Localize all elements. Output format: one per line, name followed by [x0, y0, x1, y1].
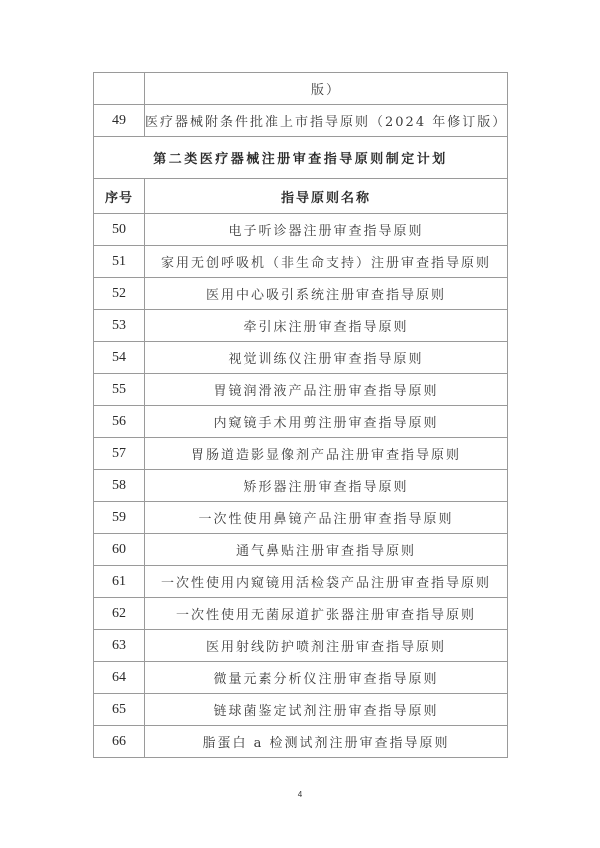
table-row: 50 电子听诊器注册审查指导原则 [94, 214, 508, 246]
row-number: 51 [94, 246, 145, 278]
table-header-row: 序号 指导原则名称 [94, 179, 508, 214]
table-row: 59 一次性使用鼻镜产品注册审查指导原则 [94, 502, 508, 534]
row-name: 脂蛋白 a 检测试剂注册审查指导原则 [145, 726, 508, 758]
row-name: 一次性使用鼻镜产品注册审查指导原则 [145, 502, 508, 534]
row-number: 52 [94, 278, 145, 310]
table-row: 58 矫形器注册审查指导原则 [94, 470, 508, 502]
row-name: 医疗器械附条件批准上市指导原则（2024 年修订版） [145, 105, 508, 137]
column-header-number: 序号 [94, 179, 145, 214]
row-number: 65 [94, 694, 145, 726]
row-name: 医用射线防护喷剂注册审查指导原则 [145, 630, 508, 662]
row-name: 一次性使用无菌尿道扩张器注册审查指导原则 [145, 598, 508, 630]
row-number: 64 [94, 662, 145, 694]
row-name: 内窥镜手术用剪注册审查指导原则 [145, 406, 508, 438]
table-row: 57 胃肠道造影显像剂产品注册审查指导原则 [94, 438, 508, 470]
table-row: 49 医疗器械附条件批准上市指导原则（2024 年修订版） [94, 105, 508, 137]
row-number: 66 [94, 726, 145, 758]
row-number: 63 [94, 630, 145, 662]
page-number: 4 [0, 790, 600, 799]
table-row: 52 医用中心吸引系统注册审查指导原则 [94, 278, 508, 310]
table-row: 63 医用射线防护喷剂注册审查指导原则 [94, 630, 508, 662]
row-name: 胃肠道造影显像剂产品注册审查指导原则 [145, 438, 508, 470]
table-row: 53 牵引床注册审查指导原则 [94, 310, 508, 342]
table-row: 66 脂蛋白 a 检测试剂注册审查指导原则 [94, 726, 508, 758]
table-row: 51 家用无创呼吸机（非生命支持）注册审查指导原则 [94, 246, 508, 278]
row-number: 55 [94, 374, 145, 406]
table-row: 65 链球菌鉴定试剂注册审查指导原则 [94, 694, 508, 726]
row-number: 62 [94, 598, 145, 630]
column-header-name: 指导原则名称 [145, 179, 508, 214]
row-number [94, 73, 145, 105]
row-number: 49 [94, 105, 145, 137]
table-row: 64 微量元素分析仪注册审查指导原则 [94, 662, 508, 694]
row-number: 61 [94, 566, 145, 598]
row-name: 电子听诊器注册审查指导原则 [145, 214, 508, 246]
row-name: 一次性使用内窥镜用活检袋产品注册审查指导原则 [145, 566, 508, 598]
table-row: 54 视觉训练仪注册审查指导原则 [94, 342, 508, 374]
table-row-continuation: 版） [94, 73, 508, 105]
row-name: 微量元素分析仪注册审查指导原则 [145, 662, 508, 694]
row-number: 54 [94, 342, 145, 374]
row-name: 胃镜润滑液产品注册审查指导原则 [145, 374, 508, 406]
row-number: 57 [94, 438, 145, 470]
guideline-table: 版） 49 医疗器械附条件批准上市指导原则（2024 年修订版） 第二类医疗器械… [93, 72, 508, 758]
section-title: 第二类医疗器械注册审查指导原则制定计划 [94, 137, 508, 179]
row-number: 50 [94, 214, 145, 246]
row-name: 矫形器注册审查指导原则 [145, 470, 508, 502]
row-number: 56 [94, 406, 145, 438]
row-name: 通气鼻贴注册审查指导原则 [145, 534, 508, 566]
row-number: 59 [94, 502, 145, 534]
table-row: 62 一次性使用无菌尿道扩张器注册审查指导原则 [94, 598, 508, 630]
table-row: 61 一次性使用内窥镜用活检袋产品注册审查指导原则 [94, 566, 508, 598]
row-name: 版） [145, 73, 508, 105]
row-name: 家用无创呼吸机（非生命支持）注册审查指导原则 [145, 246, 508, 278]
row-name: 牵引床注册审查指导原则 [145, 310, 508, 342]
row-number: 53 [94, 310, 145, 342]
section-title-row: 第二类医疗器械注册审查指导原则制定计划 [94, 137, 508, 179]
table-row: 60 通气鼻贴注册审查指导原则 [94, 534, 508, 566]
table-row: 56 内窥镜手术用剪注册审查指导原则 [94, 406, 508, 438]
row-number: 58 [94, 470, 145, 502]
row-number: 60 [94, 534, 145, 566]
row-name: 链球菌鉴定试剂注册审查指导原则 [145, 694, 508, 726]
row-name: 视觉训练仪注册审查指导原则 [145, 342, 508, 374]
table-row: 55 胃镜润滑液产品注册审查指导原则 [94, 374, 508, 406]
row-name: 医用中心吸引系统注册审查指导原则 [145, 278, 508, 310]
